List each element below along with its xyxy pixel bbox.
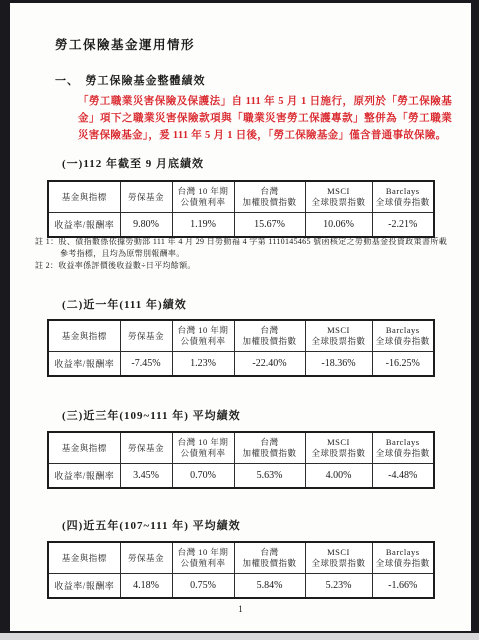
column-header: 台灣 10 年期公債殖利率 [172, 320, 234, 352]
column-header: Barclays全球債券指數 [372, 181, 434, 213]
column-header: Barclays全球債券指數 [372, 320, 434, 352]
column-header: MSCI全球股票指數 [305, 181, 372, 213]
value-cell: -1.66% [372, 574, 434, 599]
value-cell: 5.63% [234, 464, 305, 489]
column-header: 勞保基金 [120, 320, 172, 352]
value-cell: 4.00% [305, 464, 372, 489]
row-label: 收益率/報酬率 [48, 464, 120, 489]
subsection-heading-1: (一)112 年截至 9 月底績效 [62, 155, 204, 171]
column-header: MSCI全球股票指數 [305, 432, 372, 464]
value-cell: -4.48% [372, 464, 434, 489]
document-title: 勞工保險基金運用情形 [55, 35, 195, 53]
note-2: 註 2：收益率係評價後收益數÷日平均餘額。 [35, 260, 447, 272]
column-header: 勞保基金 [120, 432, 172, 464]
value-cell: -18.36% [305, 352, 372, 377]
table-row: 收益率/報酬率 9.80% 1.19% 15.67% 10.06% -2.21% [48, 213, 434, 238]
row-label: 收益率/報酬率 [48, 352, 120, 377]
value-cell: 1.23% [172, 352, 234, 377]
performance-table-4: 基金與指標 勞保基金 台灣 10 年期公債殖利率 台灣加權股價指數 MSCI全球… [47, 541, 435, 599]
table-row: 收益率/報酬率 -7.45% 1.23% -22.40% -18.36% -16… [48, 352, 434, 377]
value-cell: -2.21% [372, 213, 434, 238]
subsection-heading-4: (四)近五年(107~111 年) 平均績效 [62, 517, 241, 533]
column-header: 基金與指標 [48, 181, 120, 213]
column-header: MSCI全球股票指數 [305, 320, 372, 352]
column-header: 台灣加權股價指數 [234, 432, 305, 464]
column-header: 基金與指標 [48, 320, 120, 352]
value-cell: 5.23% [305, 574, 372, 599]
value-cell: 10.06% [305, 213, 372, 238]
notice-paragraph: 「勞工職業災害保險及保護法」自 111 年 5 月 1 日施行，原列於「勞工保險… [78, 93, 452, 144]
performance-table-3: 基金與指標 勞保基金 台灣 10 年期公債殖利率 台灣加權股價指數 MSCI全球… [47, 431, 435, 489]
table-row: 收益率/報酬率 4.18% 0.75% 5.84% 5.23% -1.66% [48, 574, 434, 599]
column-header: 基金與指標 [48, 542, 120, 574]
value-cell: -7.45% [120, 352, 172, 377]
column-header: 基金與指標 [48, 432, 120, 464]
row-label: 收益率/報酬率 [48, 574, 120, 599]
table-header-row: 基金與指標 勞保基金 台灣 10 年期公債殖利率 台灣加權股價指數 MSCI全球… [48, 542, 434, 574]
value-cell: 0.70% [172, 464, 234, 489]
column-header: Barclays全球債券指數 [372, 542, 434, 574]
column-header: MSCI全球股票指數 [305, 542, 372, 574]
value-cell: 1.19% [172, 213, 234, 238]
performance-table-1: 基金與指標 勞保基金 台灣 10 年期公債殖利率 台灣加權股價指數 MSCI全球… [47, 180, 435, 238]
column-header: 台灣 10 年期公債殖利率 [172, 432, 234, 464]
column-header: 勞保基金 [120, 542, 172, 574]
value-cell: 15.67% [234, 213, 305, 238]
viewer-background: 勞工保險基金運用情形 一、 勞工保險基金整體績效 「勞工職業災害保險及保護法」自… [0, 0, 479, 640]
value-cell: 4.18% [120, 574, 172, 599]
subsection-heading-3: (三)近三年(109~111 年) 平均績效 [62, 407, 241, 423]
table-row: 收益率/報酬率 3.45% 0.70% 5.63% 4.00% -4.48% [48, 464, 434, 489]
value-cell: -16.25% [372, 352, 434, 377]
table-header-row: 基金與指標 勞保基金 台灣 10 年期公債殖利率 台灣加權股價指數 MSCI全球… [48, 432, 434, 464]
column-header: 台灣 10 年期公債殖利率 [172, 542, 234, 574]
column-header: Barclays全球債券指數 [372, 432, 434, 464]
value-cell: 9.80% [120, 213, 172, 238]
value-cell: -22.40% [234, 352, 305, 377]
subsection-heading-2: (二)近一年(111 年)績效 [62, 296, 187, 312]
column-header: 台灣 10 年期公債殖利率 [172, 181, 234, 213]
column-header: 台灣加權股價指數 [234, 542, 305, 574]
value-cell: 0.75% [172, 574, 234, 599]
column-header: 台灣加權股價指數 [234, 181, 305, 213]
row-label: 收益率/報酬率 [48, 213, 120, 238]
column-header: 勞保基金 [120, 181, 172, 213]
section-1-heading: 一、 勞工保險基金整體績效 [55, 72, 206, 88]
note-1: 註 1：股、債指數係依據勞動部 111 年 4 月 29 日勞動福 4 字第 1… [35, 236, 447, 260]
table-notes: 註 1：股、債指數係依據勞動部 111 年 4 月 29 日勞動福 4 字第 1… [35, 236, 447, 272]
table-header-row: 基金與指標 勞保基金 台灣 10 年期公債殖利率 台灣加權股價指數 MSCI全球… [48, 181, 434, 213]
performance-table-2: 基金與指標 勞保基金 台灣 10 年期公債殖利率 台灣加權股價指數 MSCI全球… [47, 319, 435, 377]
column-header: 台灣加權股價指數 [234, 320, 305, 352]
document-page: 勞工保險基金運用情形 一、 勞工保險基金整體績效 「勞工職業災害保險及保護法」自… [10, 3, 471, 631]
viewer-frame: 勞工保險基金運用情形 一、 勞工保險基金整體績效 「勞工職業災害保險及保護法」自… [0, 0, 479, 633]
value-cell: 5.84% [234, 574, 305, 599]
page-number: 1 [10, 604, 471, 614]
value-cell: 3.45% [120, 464, 172, 489]
table-header-row: 基金與指標 勞保基金 台灣 10 年期公債殖利率 台灣加權股價指數 MSCI全球… [48, 320, 434, 352]
